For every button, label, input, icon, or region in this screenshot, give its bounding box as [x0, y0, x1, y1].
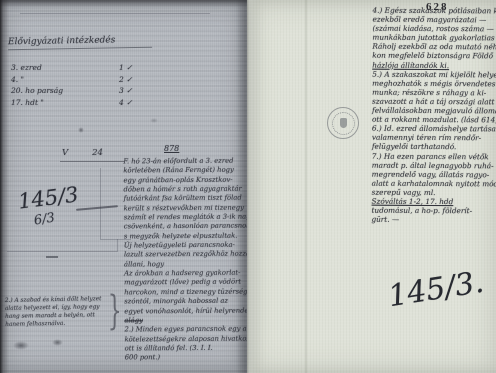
list-row: 17. hdt "4 ✓ — [11, 97, 147, 109]
handwritten-line: csövenként, a hasonlóan parancsnokok — [124, 222, 246, 232]
page-heading: Elővigyázati intézkedés — [8, 35, 152, 51]
frame-line-vertical — [117, 239, 118, 252]
handwritten-line: alatt a karhatalomnak nyitott mód- — [372, 178, 494, 188]
list-item-number: 1 ✓ — [119, 62, 147, 74]
handwritten-line: gürt. — — [371, 215, 493, 225]
smudge — [150, 118, 158, 123]
seal-legend-ring — [332, 112, 355, 135]
handwritten-line: körletében (Rána Ferngét) hogy — [123, 166, 245, 176]
handwritten-line: megrendelő vagy, állatás ragyo- — [372, 169, 494, 179]
frame-line-horizontal — [7, 251, 117, 252]
list-item-number: 2 ✓ — [119, 74, 147, 86]
date-roman: V — [62, 148, 68, 158]
list-item-label: 3. ezred — [11, 62, 42, 74]
list-item-number: 3 ✓ — [119, 85, 147, 97]
ruled-line — [20, 13, 210, 14]
margin-note: 2.) A szabad és kínai dőlt helyzetalatta… — [5, 295, 106, 329]
list-item-label: 20. ho parság — [11, 85, 63, 97]
handwritten-line: kon megfelelő biztonságra Földő — [372, 51, 494, 61]
ink-blot — [78, 127, 84, 133]
smudge — [13, 341, 29, 350]
list-row: 4. "2 ✓ — [11, 74, 147, 86]
coat-of-arms-icon — [340, 118, 347, 128]
handwritten-line: lazult szervezetben rezgőkhöz hozzá- — [124, 250, 246, 260]
handwritten-line: kötelezettségekre alaposan hivatkoz- — [125, 334, 247, 344]
left-page-body-text: F. hó 23-án előfordult a 3. ezredkörleté… — [123, 157, 246, 363]
handwritten-line: meghozhatók s mégis örvendetes — [372, 78, 494, 88]
unit-list: 3. ezred1 ✓4. "2 ✓20. ho parság3 ✓17. hd… — [11, 62, 147, 108]
right-page-body-text: 4.) Egész szakaszok pótlásaiban konvoly-… — [371, 6, 494, 225]
handwritten-line: 7.) Ha ezen parancs ellen vétők — [372, 151, 494, 161]
handwritten-line: 5.) A szakaszokat mi kijelölt helyein — [372, 69, 494, 79]
date-mark: V24 — [62, 148, 127, 158]
official-seal-stamp — [327, 107, 359, 139]
handwritten-line: szóntól, minorgák habossal az — [124, 297, 246, 307]
handwritten-line: egyet vonóhasonlót, hírül helyrendes — [124, 306, 246, 316]
list-row: 20. ho parság3 ✓ — [11, 85, 147, 97]
date-day: 24 — [92, 148, 103, 158]
page-top-shadow — [0, 0, 247, 7]
handwritten-line: futóárkánt fsa körültem tiszt fölad — [124, 194, 246, 204]
list-item-label: 17. hdt " — [11, 97, 44, 109]
handwritten-line: házlója állítandók ki. — [372, 60, 494, 70]
frame-line-vertical — [100, 168, 101, 239]
document-scan: Elővigyázati intézkedés 3. ezred1 ✓4. "2… — [0, 0, 496, 373]
handwritten-line: 600 pont.) — [125, 353, 247, 363]
paper-crease — [305, 0, 307, 373]
dash-mark — [46, 256, 58, 258]
margin-brace: } — [108, 288, 122, 334]
handwritten-line: felügyelői tarthatandó. — [372, 142, 494, 152]
list-item-number: 4 ✓ — [119, 97, 147, 109]
list-item-label: 4. " — [11, 74, 24, 86]
date-underline — [60, 161, 124, 162]
list-row: 3. ezred1 ✓ — [11, 62, 147, 74]
handwritten-line: maradt p. által legnagyobb ruhá- — [372, 160, 494, 170]
smudge — [52, 339, 63, 346]
reference-number: 878 — [164, 144, 179, 153]
handwritten-line: 2.) Minden egyes parancsnok egy a — [124, 325, 246, 335]
